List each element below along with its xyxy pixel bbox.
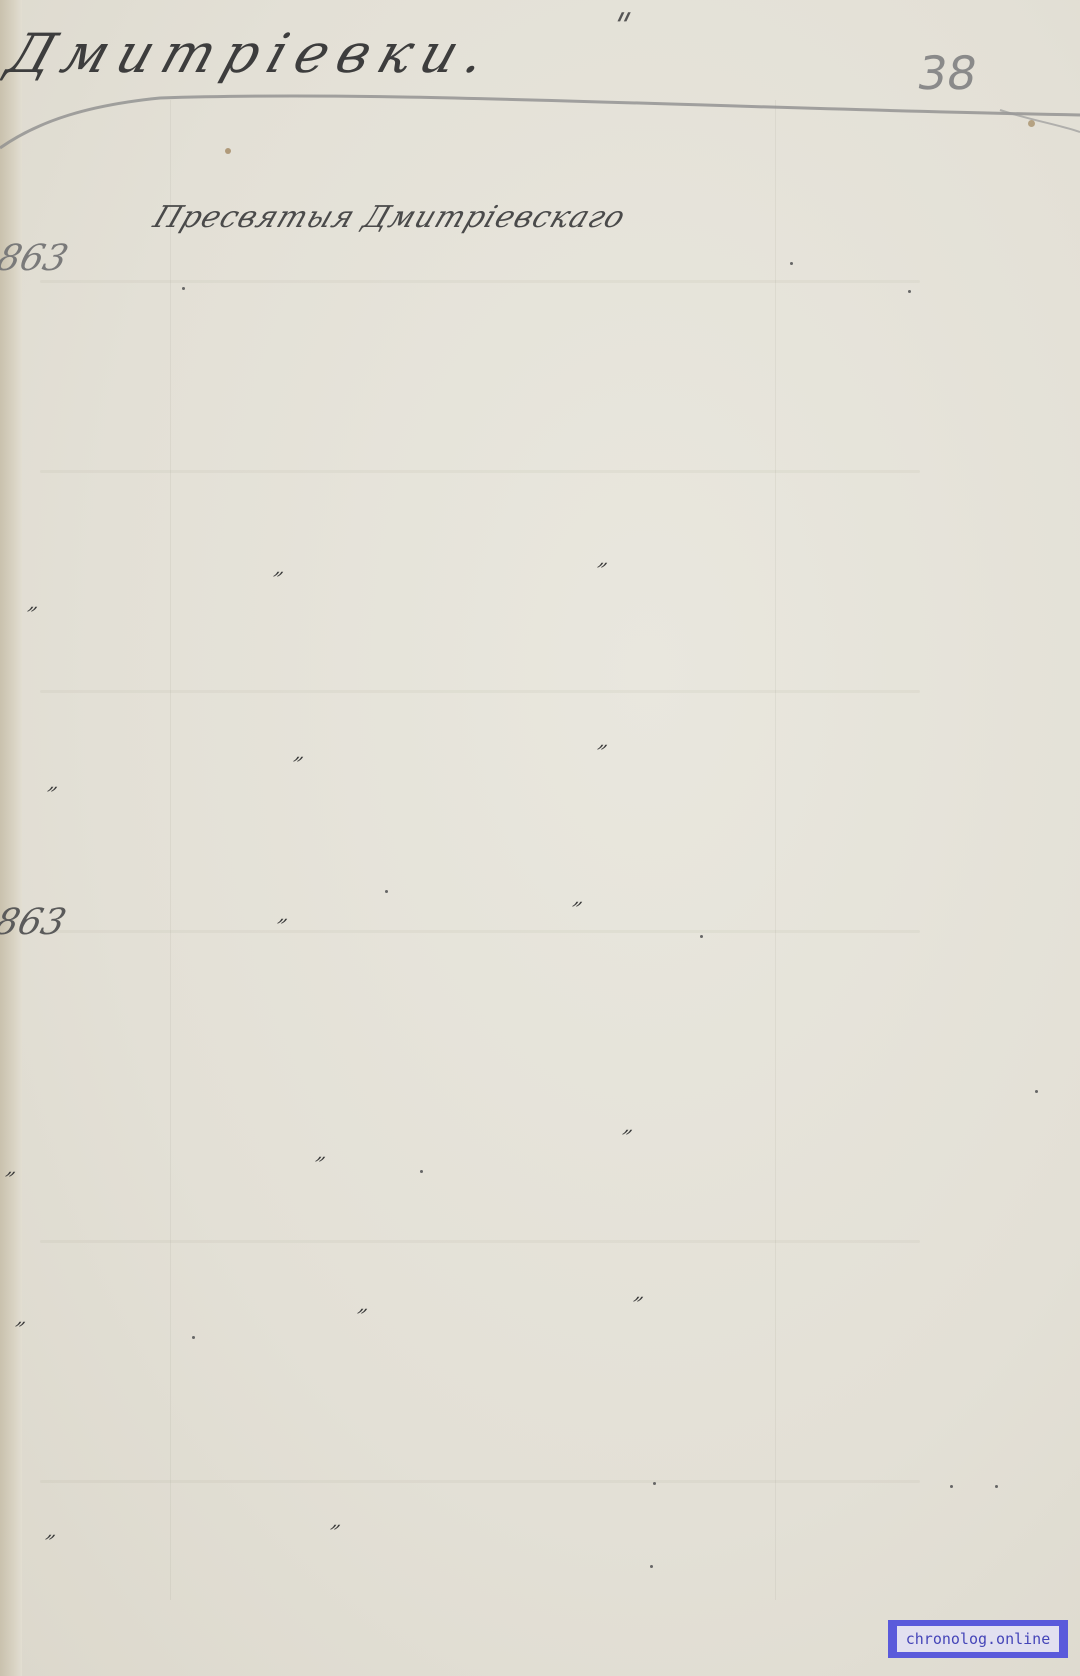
ink-speck (192, 1336, 195, 1339)
margin-year-middle: 863 (0, 902, 70, 943)
bleed-through-column (170, 100, 171, 1600)
ink-speck (700, 935, 703, 938)
watermark-text: chronolog.online (897, 1626, 1059, 1652)
ink-speck (385, 890, 388, 893)
ditto-mark: „ (571, 885, 590, 909)
section-subheading: Пресвятыя Дмитріевскаго (149, 200, 631, 235)
margin-year-top: 863 (0, 238, 72, 279)
ditto-mark: „ (272, 555, 291, 579)
bleed-through-line (40, 470, 920, 473)
bleed-through-line (40, 930, 920, 933)
bleed-through-line (40, 1480, 920, 1483)
bleed-through-line (40, 690, 920, 693)
ink-speck (653, 1482, 656, 1485)
ink-speck (650, 1565, 653, 1568)
ditto-mark: „ (621, 1113, 640, 1137)
stain-spot (1028, 120, 1035, 127)
ditto-mark: „ (356, 1292, 375, 1316)
ink-speck (1035, 1090, 1038, 1093)
ink-speck (182, 287, 185, 290)
bleed-through-line (40, 280, 920, 283)
ditto-mark: „ (596, 728, 615, 752)
ditto-mark: „ (46, 770, 65, 794)
page-number: 38 (913, 46, 981, 100)
ditto-mark: „ (276, 902, 295, 926)
ditto-mark: „ (26, 590, 45, 614)
bleed-through-line (40, 1240, 920, 1243)
ink-speck (908, 290, 911, 293)
watermark-badge: chronolog.online (888, 1620, 1068, 1658)
ditto-mark: „ (632, 1280, 651, 1304)
stain-spot (225, 148, 231, 154)
bleed-through-column (775, 100, 776, 1600)
ditto-mark: „ (292, 740, 311, 764)
ledger-page: Дмитріевки. " 38 Пресвятыя Дмитріевскаго… (0, 0, 1080, 1676)
ink-speck (995, 1485, 998, 1488)
ink-speck (950, 1485, 953, 1488)
ditto-mark: „ (596, 546, 615, 570)
ditto-mark: „ (44, 1518, 63, 1542)
ditto-mark: „ (329, 1508, 348, 1532)
header-quote-mark: " (603, 6, 637, 46)
ink-speck (420, 1170, 423, 1173)
ink-speck (790, 262, 793, 265)
ditto-mark: „ (314, 1140, 333, 1164)
